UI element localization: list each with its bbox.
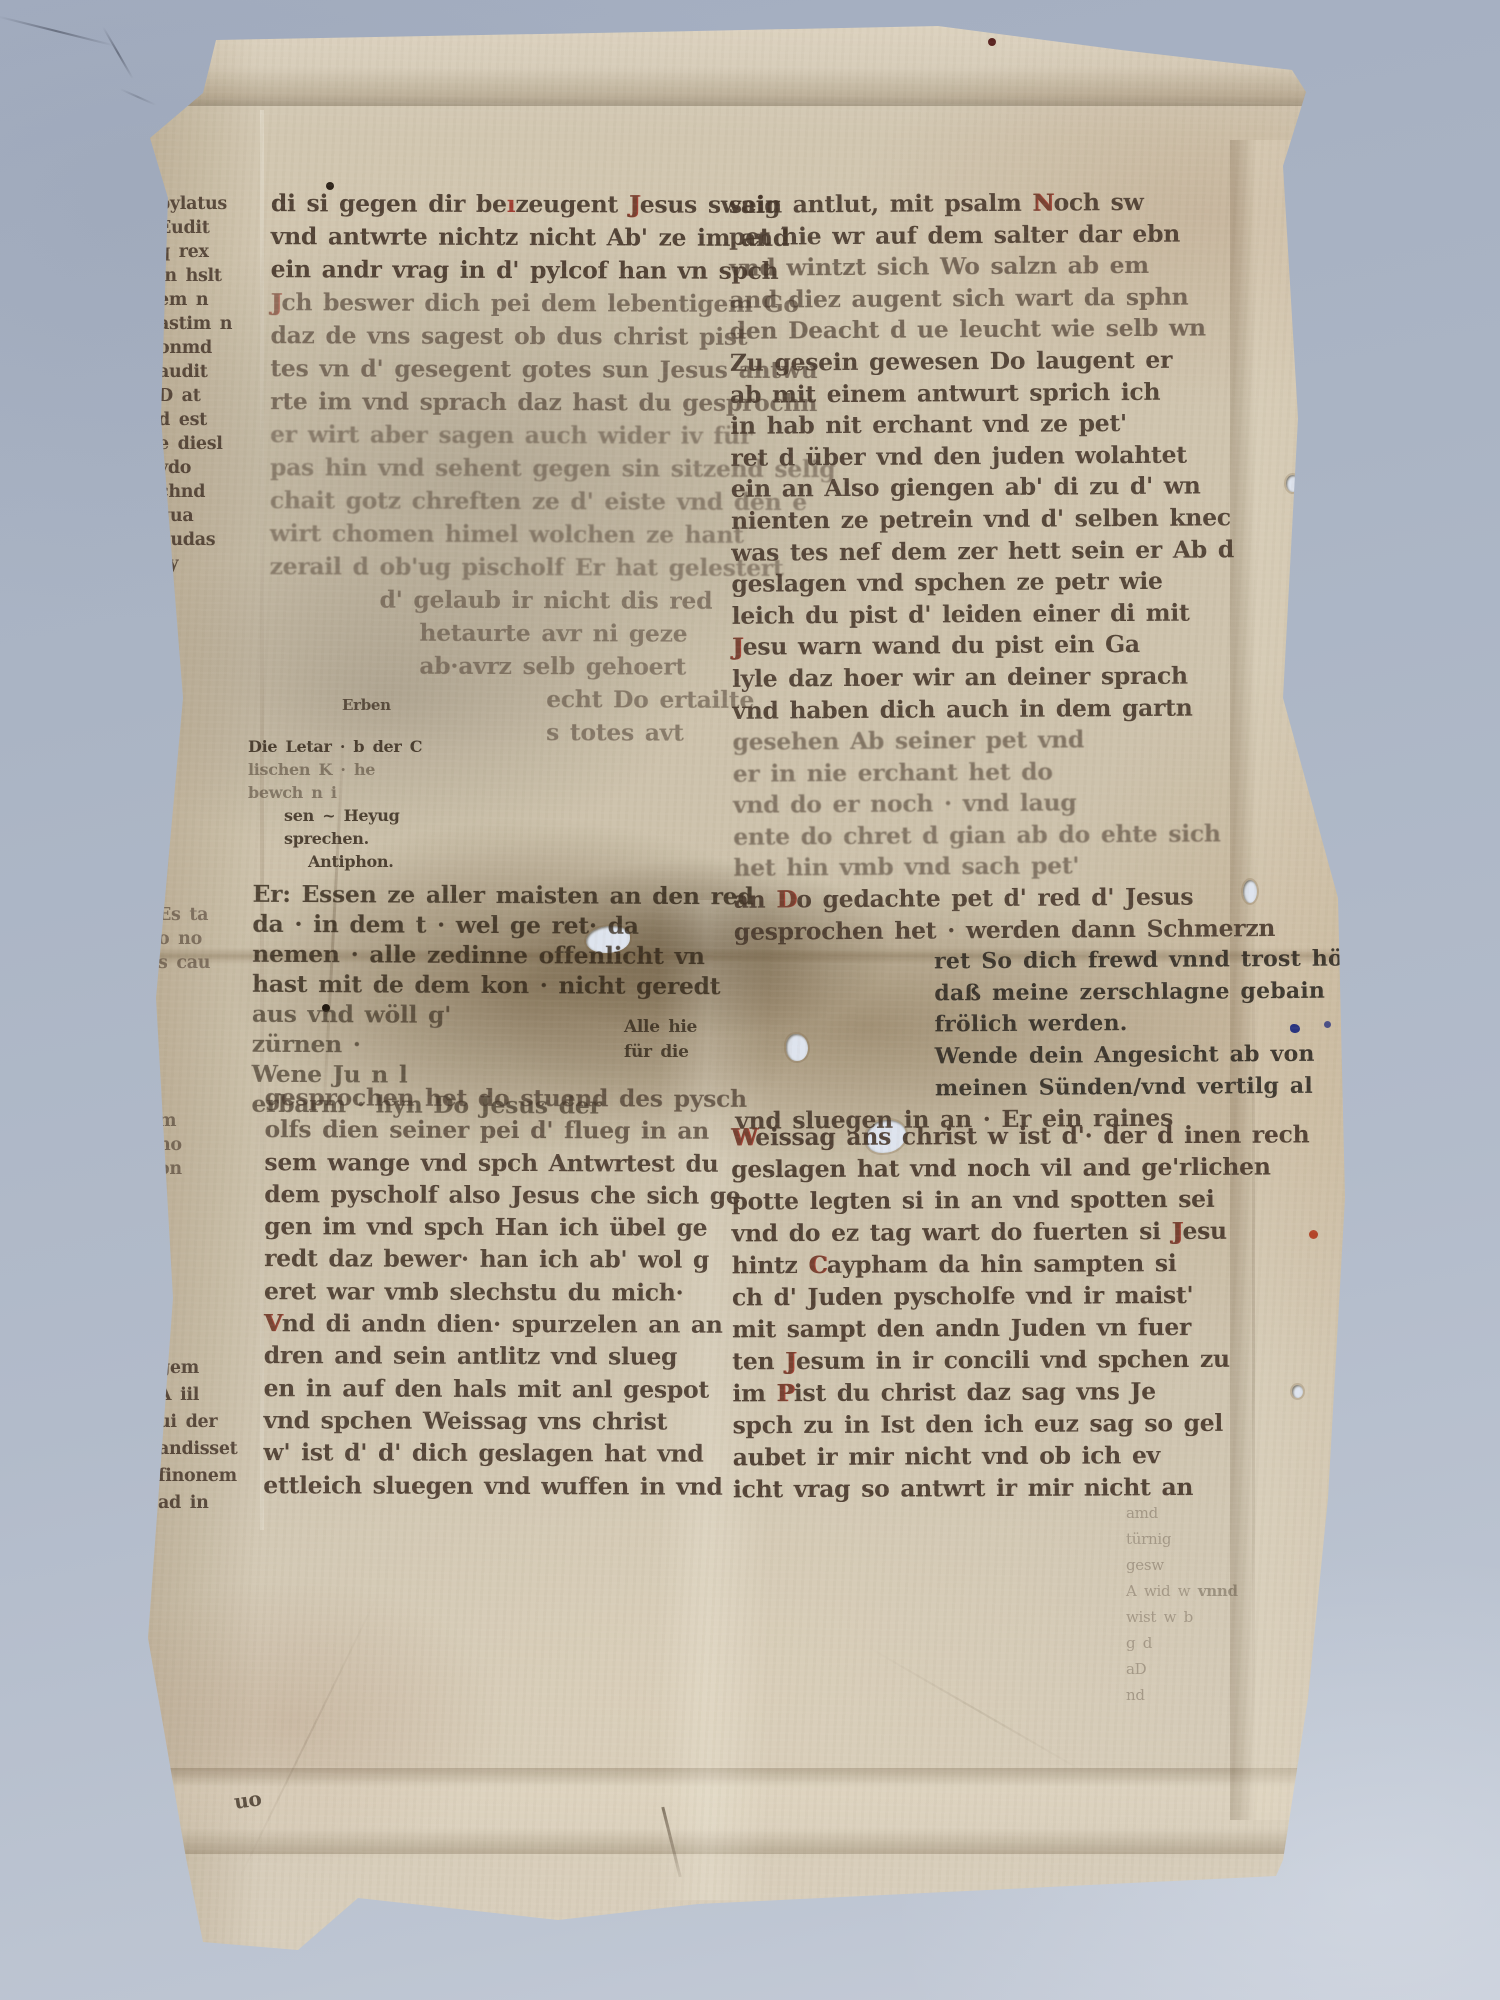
text-line: ret So dich frewd vnnd trost hören/ [934, 944, 1254, 978]
manuscript-leaf: pylatusEuditq rexin hsltem nastim nonmda… [146, 20, 1350, 1954]
text-line: D at [158, 384, 262, 408]
text-line: em n [158, 288, 262, 312]
text-span: ten [732, 1347, 785, 1375]
text-line: d' gelaub ir nicht dis red [379, 584, 739, 618]
text-line: tes vn d' gesegent gotes sun Jesus antwu [270, 352, 740, 387]
text-span: hintz [732, 1251, 809, 1279]
text-line: Jesu warn wand du pist ein Ga [732, 628, 1252, 663]
text-line: d est [158, 408, 262, 432]
text-line: sem wange vnd spch Antwrtest du [264, 1146, 744, 1180]
text-line: Alle hie [624, 1015, 697, 1040]
erben-note: Erben [342, 696, 391, 714]
text-span: eissag ans christ w ist d'· der d inen r… [755, 1120, 1309, 1151]
text-span: im [732, 1379, 776, 1407]
text-line: en in auf den hals mit anl gespot [264, 1372, 744, 1406]
text-line: den Deacht d ue leucht wie selb wn [730, 313, 1250, 348]
text-line: gesprochen het do stuend des pysch [265, 1081, 745, 1115]
text-line: Vnd di andn dien· spurzelen an an [264, 1307, 744, 1341]
text-line: vnd do ez tag wart do fuerten si Jesu [732, 1215, 1272, 1250]
text-line: nienten ze petrein vnd d' selben knec [731, 502, 1251, 537]
text-line: o no [158, 927, 262, 951]
text-line: ente do chret d gian ab do ehte sich [733, 818, 1253, 853]
text-span: esu [1182, 1217, 1227, 1245]
text-line: vnd antwrte nichtz nicht Ab' ze im and [271, 220, 741, 255]
text-line: vnd spchen Weissag vns christ [263, 1404, 743, 1438]
text-line: gesw [1126, 1552, 1346, 1578]
text-line: dem pyscholf also Jesus che sich ge [264, 1178, 744, 1212]
text-line: and diez augent sich wart da sphn [729, 281, 1249, 316]
text-line: aubet ir mir nicht vnd ob ich ev [733, 1439, 1273, 1474]
text-span: esum in ir concili vnd spchen zu [796, 1345, 1230, 1375]
text-line: Eudit [158, 216, 262, 240]
text-line: onmd [158, 336, 262, 360]
text-line: s totes avt [546, 716, 739, 750]
text-line: ret d über vnd den juden wolahtet [730, 439, 1250, 474]
interlinear-side-note: Alle hiefür die [624, 1015, 697, 1065]
rubricated-letter: J [785, 1347, 796, 1375]
crease-crack [661, 1807, 681, 1878]
wall-crack [119, 88, 156, 106]
text-line: g d [1126, 1630, 1346, 1656]
text-line: eret war vmb slechstu du mich· [264, 1275, 744, 1309]
blue-ink-speck [1290, 1024, 1300, 1033]
text-line: er wirt aber sagen auch wider iv für [270, 418, 740, 453]
text-line: sein antlut, mit psalm Noch sw [729, 186, 1249, 221]
text-line: potte legten si in an vnd spotten sei [731, 1183, 1271, 1218]
text-line: echt Do ertailte [546, 683, 739, 717]
text-line: amd [1126, 1500, 1346, 1526]
text-line: pet hie wr auf dem salter dar ebn [729, 218, 1249, 253]
text-line: ettleich sluegen vnd wuffen in vnd [263, 1469, 743, 1503]
wall-crack [0, 16, 114, 47]
text-line: zerail d ob'ug pischolf Er hat gelestert [270, 550, 740, 585]
text-line: chnd [158, 480, 262, 504]
text-line: was tes nef dem zer hett sein er Ab d [731, 534, 1251, 569]
text-line: ten Jesum in ir concili vnd spchen zu [732, 1343, 1272, 1378]
text-line: ab·avrz selb gehoert [419, 650, 739, 684]
text-line: Sudas [158, 528, 262, 552]
text-line: ydo [158, 456, 262, 480]
left-column-upper-block: di si gegen dir beızeugent Jesus swaigvn… [269, 187, 741, 750]
photo-scene: pylatusEuditq rexin hsltem nastim nonmda… [0, 0, 1500, 2000]
ink-scribble: uo [232, 1786, 262, 1814]
text-span: nd di andn dien· spurzelen an an [282, 1309, 723, 1339]
margin-strip-latin-low: mhoon [158, 1109, 262, 1181]
text-line: ui der [158, 1409, 262, 1436]
text-line: di si gegen dir beızeugent Jesus swaig [271, 187, 741, 222]
text-span: ch beswer dich pei dem lebentigem Go [281, 288, 798, 318]
text-line: daz de vns sagest ob dus christ pist [270, 319, 740, 354]
text-line: redt daz bewer· han ich ab' wol g [264, 1243, 744, 1277]
text-line: geslagen vnd spchen ze petr wie [731, 565, 1251, 600]
text-span: sein antlut, mit psalm [729, 189, 1033, 219]
text-line: er in nie erchant het do [733, 755, 1253, 790]
red-speck [1309, 1230, 1318, 1239]
text-line: bewch n i [248, 781, 428, 804]
text-span: vnd do ez tag wart do fuerten si [732, 1217, 1172, 1247]
marginal-rubric-note: Die Letar · b der Clischen K · hebewch n… [248, 735, 428, 873]
text-line: sen ~ Heyug [284, 804, 428, 827]
text-line: aD [1126, 1656, 1346, 1682]
bottom-fold-hem [156, 1768, 1316, 1854]
text-line: hetaurte avr ni geze [419, 617, 739, 651]
text-span: esu warn wand du pist ein Ga [743, 630, 1140, 661]
text-line: m [158, 1109, 262, 1133]
text-line: audit [158, 360, 262, 384]
rubricated-letter: P [776, 1379, 794, 1407]
text-span: di si gegen dir be [271, 189, 507, 218]
text-line: ein andr vrag in d' pylcof han vn spch [271, 253, 741, 288]
rubricated-letter: J [732, 633, 743, 661]
rubricated-letter: N [1032, 189, 1053, 217]
bottom-faded-notes: amdtürniggeswA wid w vnndwist w bg daDnd [1126, 1500, 1346, 1708]
text-line: pas hin vnd sehent gegen sin sitzend sel… [270, 451, 740, 486]
text-line: meinen Sünden/vnd vertilg al [935, 1071, 1255, 1105]
text-line: spch zu in Ist den ich euz sag so gel [733, 1407, 1273, 1442]
text-line: Zu gesein gewesen Do laugent er [730, 344, 1250, 379]
text-line: gesprochen het · werden dann Schmerzn [734, 913, 1254, 948]
text-line: ein an Also giengen ab' di zu d' wn [731, 471, 1251, 506]
text-line: daß meine zerschlagne gebain [934, 976, 1254, 1010]
text-line: türnig [1126, 1526, 1346, 1552]
blue-ink-speck [1324, 1021, 1331, 1028]
text-line: olfs dien seiner pei d' flueg in an [265, 1113, 745, 1147]
text-line: dren and sein antlitz vnd slueg [264, 1340, 744, 1374]
rubricated-letter: W [731, 1123, 755, 1151]
text-line: gesehen Ab seiner pet vnd [732, 723, 1252, 758]
text-line: e diesl [158, 432, 262, 456]
text-line: w' ist d' d' dich geslagen hat vnd [263, 1436, 743, 1470]
text-line: wist w b [1126, 1604, 1346, 1630]
crease [864, 1644, 1090, 1776]
text-line: wirt chomen himel wolchen ze hant [270, 517, 740, 552]
text-line: Antiphon. [308, 850, 428, 873]
text-line: ch d' Juden pyscholfe vnd ir maist' [732, 1279, 1272, 1314]
margin-strip-latin-upper: pylatusEuditq rexin hsltem nastim nonmda… [158, 192, 262, 576]
text-line: da · in dem t · wel ge ret· da [252, 909, 722, 941]
right-column-lower-block: Weissag ans christ w ist d'· der d inen … [731, 1119, 1273, 1506]
rubricated-letter: vnnd [1198, 1582, 1238, 1600]
text-span: o gedachte pet d' red d' Jesus [796, 883, 1193, 914]
text-line: geslagen hat vnd noch vil and ge'rlichen [731, 1151, 1271, 1186]
text-line: lyle daz hoer wir an deiner sprach [732, 660, 1252, 695]
margin-strip-latin-mid: Es tao nos cau [158, 903, 262, 975]
text-line: finonem [158, 1463, 262, 1490]
text-span: och sw [1053, 188, 1143, 217]
text-line: pylatus [158, 192, 262, 216]
parchment-hole [1292, 1385, 1303, 1398]
text-line: q rex [158, 240, 262, 264]
text-line: frölich werden. [934, 1008, 1254, 1042]
text-line: gem [158, 1355, 262, 1382]
text-line: Er: Essen ze aller maisten an den red [252, 879, 722, 911]
rubricated-letter: J [271, 288, 282, 316]
text-line: hast mit de dem kon · nicht geredt [252, 969, 722, 1001]
rubricated-letter: D [776, 885, 796, 913]
text-line: vnd wintzt sich Wo salzn ab em [729, 249, 1249, 284]
text-line: Wende dein Angesicht ab von [935, 1039, 1255, 1073]
text-line: in hab nit erchant vnd ze pet' [730, 407, 1250, 442]
text-line: astim n [158, 312, 262, 336]
text-line: Weissag ans christ w ist d'· der d inen … [731, 1119, 1271, 1154]
rubricated-letter: V [264, 1309, 282, 1337]
top-fold-flap [176, 20, 1306, 106]
text-span: an [734, 886, 777, 914]
text-line: chait gotz chreften ze d' eiste vnd den … [270, 484, 740, 519]
text-line: cy [158, 552, 262, 576]
text-line: vnd haben dich auch in dem gartn [732, 692, 1252, 727]
rubricated-letter: J [629, 190, 640, 218]
text-line: A iil [158, 1382, 262, 1409]
text-line: nd [1126, 1682, 1346, 1708]
text-line: s cau [158, 951, 262, 975]
left-column-lower-block: gesprochen het do stuend des pyscholfs d… [263, 1081, 744, 1503]
text-span: zeugent [515, 190, 629, 218]
rubricated-letter: C [808, 1251, 827, 1279]
parchment-hole [1286, 475, 1299, 492]
text-line: gua [158, 504, 262, 528]
text-line: ho [158, 1133, 262, 1157]
text-span: A wid w [1126, 1582, 1198, 1600]
ink-dot [988, 38, 996, 46]
text-line: sprechen. [284, 827, 428, 850]
text-line: Die Letar · b der C [248, 735, 428, 758]
text-span: aypham da hin sampten si [827, 1249, 1177, 1279]
text-line: lischen K · he [248, 758, 428, 781]
text-line: rte im vnd sprach daz hast du gesprochn [270, 385, 740, 420]
text-line: ab mit einem antwurt sprich ich [730, 376, 1250, 411]
text-line: mit sampt den andn Juden vn fuer [732, 1311, 1272, 1346]
text-line: gen im vnd spch Han ich übel ge [264, 1210, 744, 1244]
text-line: on [158, 1157, 262, 1181]
margin-strip-latin-lowest: gemA iilui derandissetfinonemad in [158, 1355, 262, 1517]
text-span: ist du christ daz sag vns Je [794, 1377, 1156, 1407]
text-line: nemen · alle zedinne offenlicht vn [252, 939, 722, 971]
text-line: Es ta [158, 903, 262, 927]
crease [236, 1596, 378, 1884]
text-line: Jch beswer dich pei dem lebentigem Go [271, 286, 741, 321]
text-line: hintz Caypham da hin sampten si [732, 1247, 1272, 1282]
text-line: vnd do er noch · vnd laug [733, 786, 1253, 821]
wall-crack [102, 27, 134, 80]
text-line: leich du pist d' leiden einer di mit [732, 597, 1252, 632]
text-line: A wid w vnnd [1126, 1578, 1346, 1604]
text-line: andisset [158, 1436, 262, 1463]
text-line: an Do gedachte pet d' red d' Jesus [734, 881, 1254, 916]
text-line: het hin vmb vnd sach pet' [733, 850, 1253, 885]
right-column-upper-block: sein antlut, mit psalm Noch swpet hie wr… [729, 186, 1256, 1137]
text-line: ad in [158, 1490, 262, 1517]
text-line: für die [624, 1040, 697, 1065]
text-line: in hslt [158, 264, 262, 288]
text-line: im Pist du christ daz sag vns Je [732, 1375, 1272, 1410]
rubricated-letter: J [1172, 1217, 1183, 1245]
